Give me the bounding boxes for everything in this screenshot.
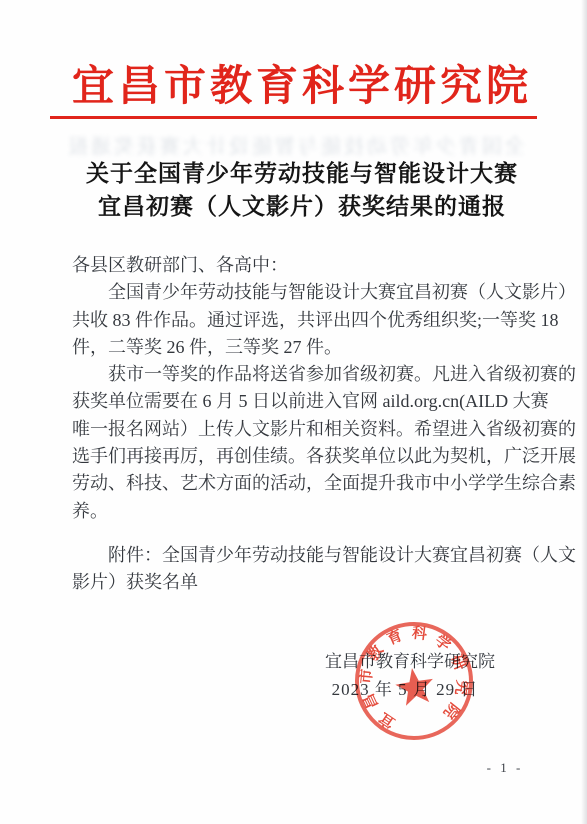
signature-block: 宜昌市教育科学研究院 2023 年 5 月 29 日	[325, 648, 495, 704]
body-line: 选手们再接再厉，再创佳绩。各获奖单位以此为契机，广泛开展	[72, 443, 544, 470]
document-title: 关于全国青少年劳动技能与智能设计大赛 宜昌初赛（人文影片）获奖结果的通报	[16, 157, 587, 223]
bleed-through-ghost-text: 全国青少年劳动技能与智能设计大赛获奖通报	[55, 130, 535, 159]
body-line: 获市一等奖的作品将送省参加省级初赛。凡进入省级初赛的	[72, 361, 544, 388]
body-line: 共收 83 件作品。通过评选，共评出四个优秀组织奖;一等奖 18	[72, 307, 544, 334]
signature-date: 2023 年 5 月 29 日	[325, 676, 495, 704]
body-line: 唯一报名网站）上传人文影片和相关资料。希望进入省级初赛的	[72, 416, 544, 443]
salutation-line: 各县区教研部门、各高中：	[72, 252, 544, 279]
document-title-line1: 关于全国青少年劳动技能与智能设计大赛	[16, 157, 587, 190]
attachment-line: 影片）获奖名单	[72, 569, 544, 596]
body-line: 获奖单位需要在 6 月 5 日以前进入官网 aild.org.cn(AILD 大…	[72, 388, 544, 415]
letterhead-divider	[50, 116, 537, 119]
document-title-line2: 宜昌初赛（人文影片）获奖结果的通报	[16, 190, 587, 223]
page-number: - 1 -	[470, 760, 540, 776]
body-line: 养。	[72, 498, 544, 525]
body-line: 全国青少年劳动技能与智能设计大赛宜昌初赛（人文影片）	[72, 279, 544, 306]
body-line: 件，二等奖 26 件，三等奖 27 件。	[72, 334, 544, 361]
letterhead-org-name: 宜昌市教育科学研究院	[16, 62, 587, 112]
document-page: 宜昌市教育科学研究院 全国青少年劳动技能与智能设计大赛获奖通报 关于全国青少年劳…	[0, 0, 587, 824]
body-line: 劳动、科技、艺术方面的活动，全面提升我市中小学学生综合素	[72, 470, 544, 497]
document-body: 各县区教研部门、各高中： 全国青少年劳动技能与智能设计大赛宜昌初赛（人文影片） …	[72, 252, 544, 525]
attachment-line: 附件：全国青少年劳动技能与智能设计大赛宜昌初赛（人文	[72, 542, 544, 569]
attachment-note: 附件：全国青少年劳动技能与智能设计大赛宜昌初赛（人文 影片）获奖名单	[72, 542, 544, 597]
signature-org: 宜昌市教育科学研究院	[325, 648, 495, 676]
